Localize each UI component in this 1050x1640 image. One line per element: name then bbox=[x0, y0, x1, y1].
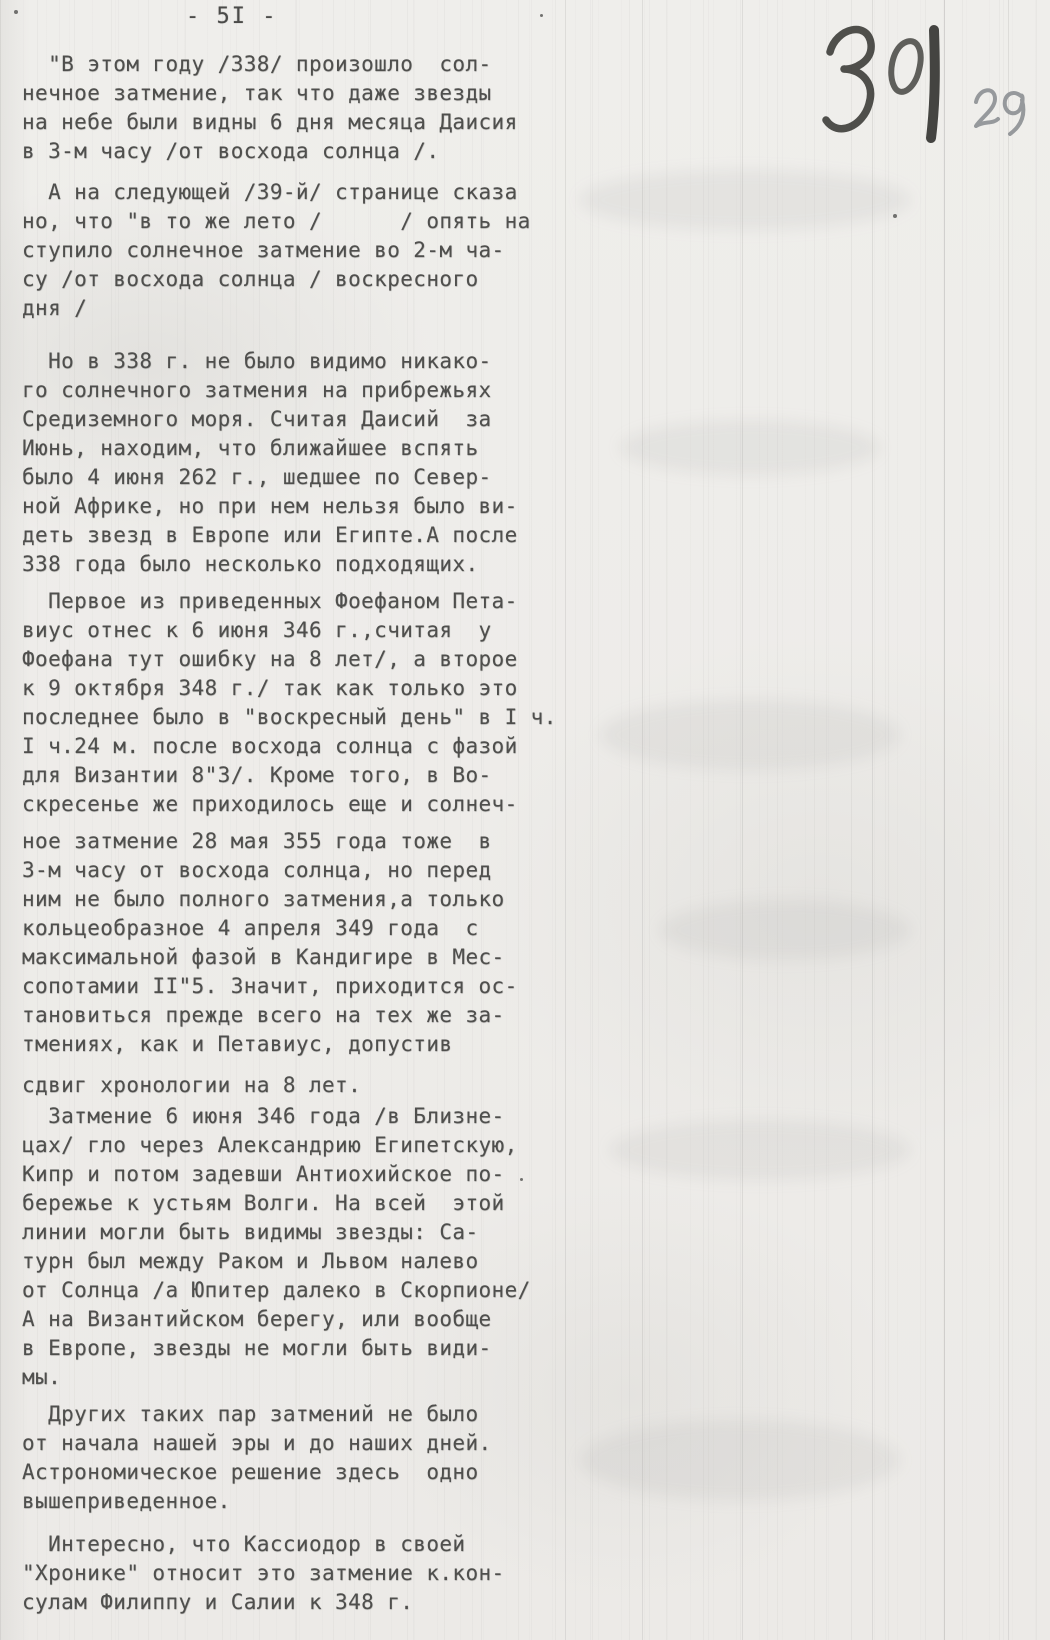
typed-line: "В этом году /338/ произошло сол- bbox=[22, 50, 582, 79]
paragraph: Затмение 6 июня 346 года /в Близне- цах/… bbox=[22, 1102, 582, 1392]
typed-line: А на Византийском берегу, или вообще bbox=[22, 1305, 582, 1334]
typed-line: максимальной фазой в Кандигире в Мес- bbox=[22, 943, 582, 972]
typed-line: от начала нашей эры и до наших дней. bbox=[22, 1429, 582, 1458]
typed-line: скресенье же приходилось еще и солнеч- bbox=[22, 790, 582, 819]
typed-line: Средиземного моря. Считая Даисий за bbox=[22, 405, 582, 434]
typed-line: 338 года было несколько подходящих. bbox=[22, 550, 582, 579]
typed-line: Астрономическое решение здесь одно bbox=[22, 1458, 582, 1487]
typed-text-block: "В этом году /338/ произошло сол- нечное… bbox=[22, 50, 582, 1617]
paragraph: Первое из приведенных Фоефаном Пета- виу… bbox=[22, 587, 582, 819]
typed-line: су /от восхода солнца / воскресного bbox=[22, 265, 582, 294]
typed-line: было 4 июня 262 г., шедшее по Север- bbox=[22, 463, 582, 492]
typed-line: ступило солнечное затмение во 2-м ча- bbox=[22, 236, 582, 265]
typed-line: Фоефана тут ошибку на 8 лет/, а второе bbox=[22, 645, 582, 674]
typed-line: Затмение 6 июня 346 года /в Близне- bbox=[22, 1102, 582, 1131]
typed-line: нечное затмение, так что даже звезды bbox=[22, 79, 582, 108]
typed-line: I ч.24 м. после восхода солнца с фазой bbox=[22, 732, 582, 761]
typed-line: Кипр и потом задевши Антиохийское по- bbox=[22, 1160, 582, 1189]
typed-line: "Хронике" относит это затмение к.кон- bbox=[22, 1559, 582, 1588]
typed-line: А на следующей /39-й/ странице сказа bbox=[22, 178, 582, 207]
typed-line: Интересно, что Кассиодор в своей bbox=[22, 1530, 582, 1559]
typed-line: для Византии 8"3/. Кроме того, в Во- bbox=[22, 761, 582, 790]
typed-line: бережье к устьям Волги. На всей этой bbox=[22, 1189, 582, 1218]
paragraph: Интересно, что Кассиодор в своей "Хроник… bbox=[22, 1530, 582, 1617]
typed-line: кольцеобразное 4 апреля 349 года с bbox=[22, 914, 582, 943]
typed-line: Первое из приведенных Фоефаном Пета- bbox=[22, 587, 582, 616]
typed-line: тмениях, как и Петавиус, допустив bbox=[22, 1030, 582, 1059]
typed-line: но, что "в то же лето / / опять на bbox=[22, 207, 582, 236]
typed-line: ним не было полного затмения,а только bbox=[22, 885, 582, 914]
typed-line: сопотамии II"5. Значит, приходится ос- bbox=[22, 972, 582, 1001]
typed-line: цах/ гло через Александрию Египетскую, bbox=[22, 1131, 582, 1160]
typed-line: ное затмение 28 мая 355 года тоже в bbox=[22, 827, 582, 856]
typed-line: тановиться прежде всего на тех же за- bbox=[22, 1001, 582, 1030]
typed-line: деть звезд в Европе или Египте.А после bbox=[22, 521, 582, 550]
typed-line: турн был между Раком и Львом налево bbox=[22, 1247, 582, 1276]
typed-line: сдвиг хронологии на 8 лет. bbox=[22, 1071, 582, 1100]
scanned-document-page: { "meta": { "kind": "scanned typewritten… bbox=[0, 0, 1050, 1640]
paragraph: сдвиг хронологии на 8 лет. bbox=[22, 1071, 582, 1100]
typed-line: мы. bbox=[22, 1363, 582, 1392]
paragraph: Других таких пар затмений не было от нач… bbox=[22, 1400, 582, 1516]
typed-line: на небе были видны 6 дня месяца Даисия bbox=[22, 108, 582, 137]
typed-line: ной Африке, но при нем нельзя было ви- bbox=[22, 492, 582, 521]
typed-line: 3-м часу от восхода солнца, но перед bbox=[22, 856, 582, 885]
typed-line: сулам Филиппу и Салии к 348 г. bbox=[22, 1588, 582, 1617]
typed-line: от Солнца /а Юпитер далеко в Скорпионе/ bbox=[22, 1276, 582, 1305]
typed-line: Июнь, находим, что ближайшее вспять bbox=[22, 434, 582, 463]
paragraph: А на следующей /39-й/ странице сказа но,… bbox=[22, 178, 582, 323]
typed-line: последнее было в "воскресный день" в I ч… bbox=[22, 703, 582, 732]
typed-line: Других таких пар затмений не было bbox=[22, 1400, 582, 1429]
page-number: - 5I - bbox=[186, 4, 277, 29]
typed-line: дня / bbox=[22, 294, 582, 323]
typed-line: вышеприведенное. bbox=[22, 1487, 582, 1516]
paragraph: ное затмение 28 мая 355 года тоже в 3-м … bbox=[22, 827, 582, 1059]
typed-line: в 3-м часу /от восхода солнца /. bbox=[22, 137, 582, 166]
typed-line: го солнечного затмения на прибрежьях bbox=[22, 376, 582, 405]
typed-line: виус отнес к 6 июня 346 г.,считая у bbox=[22, 616, 582, 645]
paragraph: Но в 338 г. не было видимо никако- го со… bbox=[22, 347, 582, 579]
paragraph: "В этом году /338/ произошло сол- нечное… bbox=[22, 50, 582, 166]
typed-line: линии могли быть видимы звезды: Са- bbox=[22, 1218, 582, 1247]
typed-line: Но в 338 г. не было видимо никако- bbox=[22, 347, 582, 376]
typed-line: к 9 октября 348 г./ так как только это bbox=[22, 674, 582, 703]
typed-line: в Европе, звезды не могли быть види- bbox=[22, 1334, 582, 1363]
